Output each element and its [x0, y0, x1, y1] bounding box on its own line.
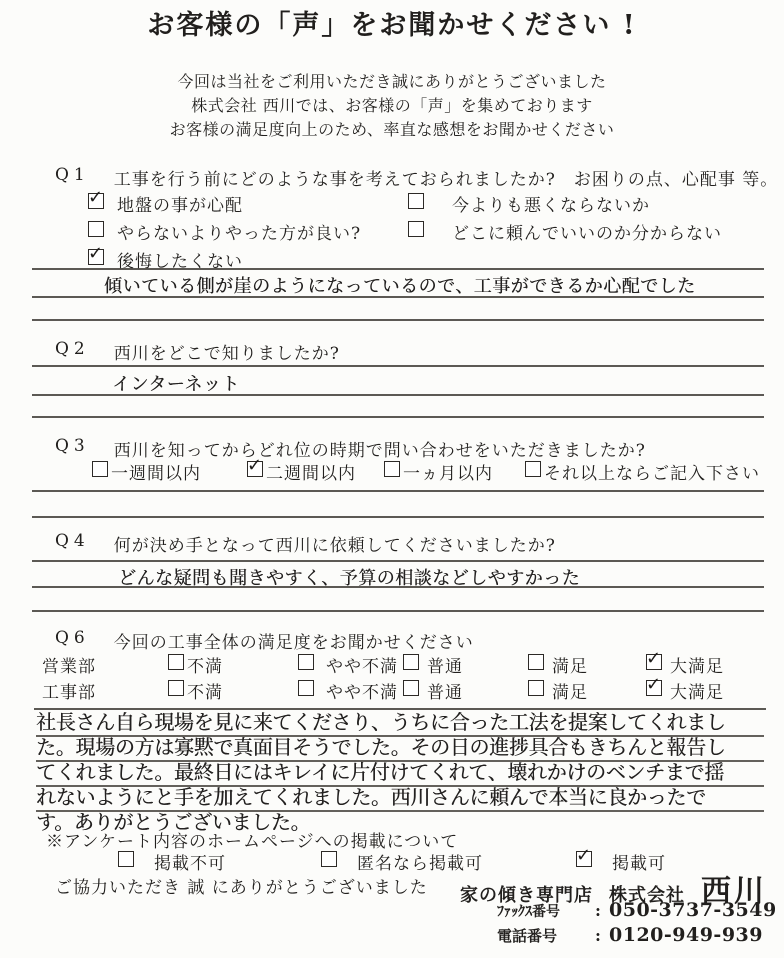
q1-heading: Q1 工事を行う前にどのような事を考えておられましたか? お困りの点、心配事 等… — [55, 165, 778, 190]
ruled-line — [32, 516, 764, 518]
q1-option-warukunaranai: 今よりも悪くならないか — [408, 191, 650, 216]
q1-option-label: 地盤の事が心配 — [117, 191, 243, 216]
q4-heading: Q4 何が決め手となって西川に依頼してくださいましたか? — [55, 531, 556, 556]
pub-option-fuka: 掲載不可 — [118, 849, 226, 874]
scale-label: やや不満 — [326, 678, 398, 703]
q3-option-label: 一ヵ月以内 — [403, 459, 493, 484]
checkbox-icon — [576, 851, 592, 867]
q6-heading: Q6 今回の工事全体の満足度をお聞かせください — [55, 628, 474, 653]
q6-row2-yayafuman: やや不満 — [298, 678, 398, 703]
scale-label: 満足 — [552, 678, 588, 703]
q1-option-label: 今よりも悪くならないか — [452, 191, 650, 216]
scale-label: 大満足 — [670, 678, 724, 703]
q6-row2-futsuu: 普通 — [403, 678, 463, 703]
checkbox-icon — [384, 461, 400, 477]
checkbox-icon — [528, 654, 544, 670]
checkbox-icon — [118, 851, 134, 867]
fax-separator: : — [587, 901, 609, 920]
intro-line-1: 今回は当社をご利用いただき誠にありがとうございました — [0, 70, 784, 94]
ruled-line — [32, 394, 764, 396]
comment-line: 社長さん自ら現場を見に来てくださり、うちに合った工法を提案してくれまし — [36, 710, 764, 737]
q1-option-dokonitanomu: どこに頼んでいいのか分からない — [408, 219, 722, 244]
ruled-line — [32, 365, 764, 367]
scale-label: 普通 — [427, 652, 463, 677]
checkbox-icon — [168, 680, 184, 696]
checkbox-icon — [88, 249, 104, 265]
intro-line-2: 株式会社 西川では、お客様の「声」を集めております — [0, 94, 784, 118]
q6-row1-dept: 営業部 — [42, 652, 96, 677]
q6-row2-daimanzoku: 大満足 — [646, 678, 724, 703]
tel-label: 電話番号 — [497, 925, 587, 946]
q2-heading: Q2 西川をどこで知りましたか? — [55, 339, 340, 364]
fax-number: 050-3737-3549 — [609, 899, 777, 921]
q3-number: Q3 — [55, 436, 90, 461]
ruled-line — [32, 296, 764, 298]
checkbox-icon — [646, 654, 662, 670]
checkbox-icon — [247, 461, 263, 477]
q6-row1-manzoku: 満足 — [528, 652, 588, 677]
dept-label: 営業部 — [42, 652, 96, 677]
scale-label: 大満足 — [670, 652, 724, 677]
pub-option-label: 掲載不可 — [154, 849, 226, 874]
q3-option-2weeks: 二週間以内 — [247, 459, 356, 484]
q2-answer: インターネット — [112, 370, 240, 396]
q1-option-label: やらないよりやった方が良い? — [117, 219, 361, 244]
checkbox-icon — [92, 461, 108, 477]
scale-label: やや不満 — [326, 652, 398, 677]
ruled-line — [32, 560, 764, 562]
q1-option-label: どこに頼んでいいのか分からない — [452, 219, 722, 244]
q6-row1-fuman: 不満 — [168, 652, 223, 677]
checkbox-icon — [298, 654, 314, 670]
q6-row1-yayafuman: やや不満 — [298, 652, 398, 677]
q1-option-jiban: 地盤の事が心配 — [88, 191, 243, 216]
fax-row: ﾌｧｯｸｽ番号 : 050-3737-3549 — [497, 899, 777, 921]
comment-line: た。現場の方は寡黙で真面目そうでした。その日の進捗具合もきちんと報告し — [36, 735, 764, 762]
q6-row2-fuman: 不満 — [168, 678, 223, 703]
comment-line: れないようにと手を加えてくれました。西川さんに頼んで本当に良かったで — [36, 785, 764, 812]
q3-option-1month: 一ヵ月以内 — [384, 459, 493, 484]
pub-option-tokumei: 匿名なら掲載可 — [321, 849, 483, 874]
q4-number: Q4 — [55, 531, 90, 556]
checkbox-icon — [403, 654, 419, 670]
q1-option-yaranai: やらないよりやった方が良い? — [88, 219, 361, 244]
q6-row2-manzoku: 満足 — [528, 678, 588, 703]
dept-label: 工事部 — [42, 678, 96, 703]
checkbox-icon — [408, 193, 424, 209]
survey-sheet: お客様の「声」をお聞かせください ! 今回は当社をご利用いただき誠にありがとうご… — [0, 0, 784, 958]
q3-heading: Q3 西川を知ってからどれ位の時期で問い合わせをいただきましたか? — [55, 436, 646, 461]
q3-option-label: 一週間以内 — [111, 459, 201, 484]
q2-question: 西川をどこで知りましたか? — [114, 339, 340, 364]
checkbox-icon — [321, 851, 337, 867]
scale-label: 不満 — [187, 652, 223, 677]
q6-row2-dept: 工事部 — [42, 678, 96, 703]
q1-answer: 傾いている側が崖のようになっているので、工事ができるか心配でした — [104, 272, 696, 298]
checkbox-icon — [525, 461, 541, 477]
q6-question: 今回の工事全体の満足度をお聞かせください — [114, 628, 474, 653]
ruled-line — [32, 268, 764, 270]
checkbox-icon — [88, 221, 104, 237]
tel-separator: : — [587, 926, 609, 945]
q1-question: 工事を行う前にどのような事を考えておられましたか? お困りの点、心配事 等。 — [114, 165, 779, 190]
checkbox-icon — [88, 193, 104, 209]
intro-line-3: お客様の満足度向上のため、率直な感想をお聞かせください — [0, 118, 784, 142]
checkbox-icon — [646, 680, 662, 696]
q6-number: Q6 — [55, 628, 90, 653]
q1-number: Q1 — [55, 165, 90, 190]
q4-question: 何が決め手となって西川に依頼してくださいましたか? — [114, 531, 556, 556]
q3-option-1week: 一週間以内 — [92, 459, 201, 484]
q3-option-label: それ以上ならご記入下さい — [544, 459, 760, 484]
q3-option-label: 二週間以内 — [266, 459, 356, 484]
thanks-text: ご協力いただき 誠 にありがとうございました — [55, 873, 428, 898]
scale-label: 不満 — [187, 678, 223, 703]
comment-line: てくれました。最終日にはキレイに片付けてくれて、壊れかけのベンチまで揺 — [36, 760, 764, 787]
q3-option-more: それ以上ならご記入下さい — [525, 459, 760, 484]
checkbox-icon — [528, 680, 544, 696]
page-title: お客様の「声」をお聞かせください ! — [0, 3, 784, 42]
ruled-line — [32, 416, 764, 418]
checkbox-icon — [168, 654, 184, 670]
q2-number: Q2 — [55, 339, 90, 364]
scale-label: 普通 — [427, 678, 463, 703]
q6-row1-futsuu: 普通 — [403, 652, 463, 677]
tel-row: 電話番号 : 0120-949-939 — [497, 924, 763, 946]
fax-label: ﾌｧｯｸｽ番号 — [497, 901, 587, 921]
ruled-line — [32, 586, 764, 588]
q3-question: 西川を知ってからどれ位の時期で問い合わせをいただきましたか? — [114, 436, 646, 461]
checkbox-icon — [408, 221, 424, 237]
ruled-line — [32, 490, 764, 492]
ruled-line — [32, 610, 764, 612]
intro-text: 今回は当社をご利用いただき誠にありがとうございました 株式会社 西川では、お客様… — [0, 70, 784, 142]
scale-label: 満足 — [552, 652, 588, 677]
tel-number: 0120-949-939 — [609, 924, 763, 946]
checkbox-icon — [298, 680, 314, 696]
checkbox-icon — [403, 680, 419, 696]
ruled-line — [32, 319, 764, 321]
